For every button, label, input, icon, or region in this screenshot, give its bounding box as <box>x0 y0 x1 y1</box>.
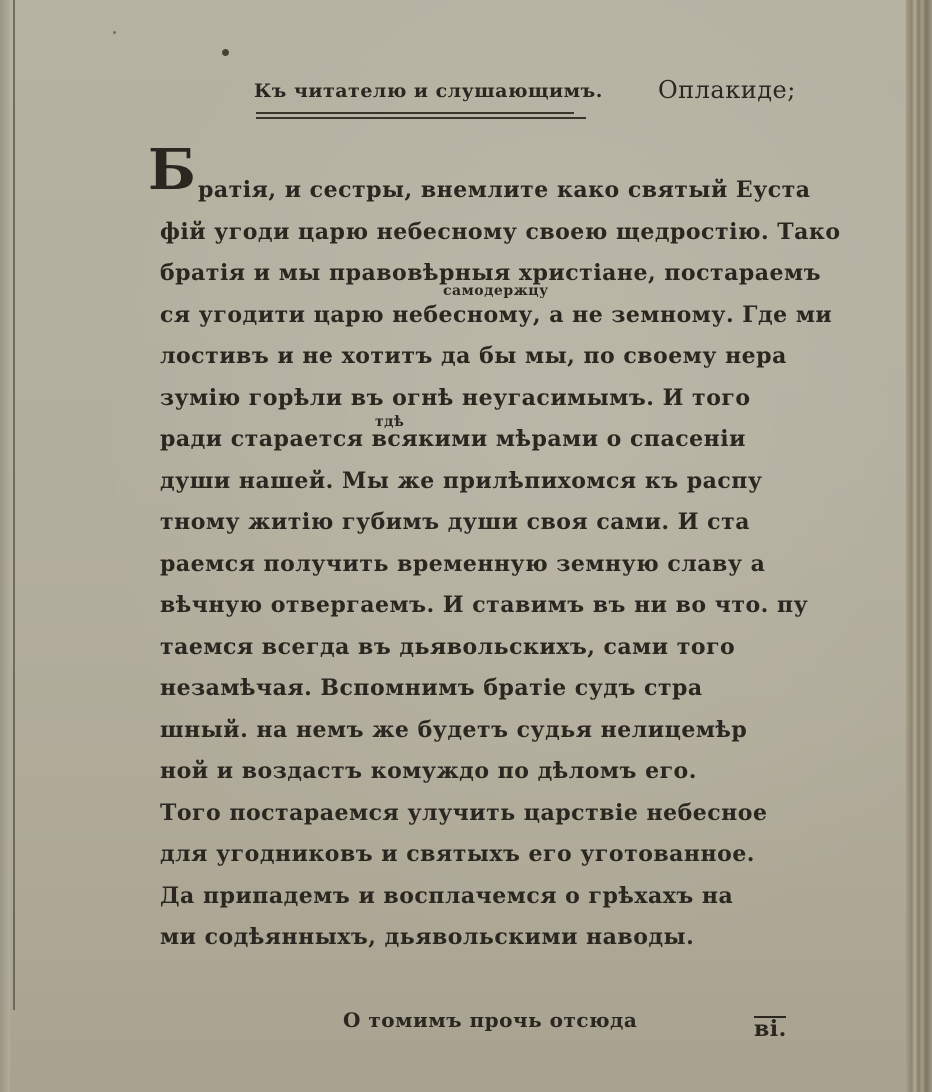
text-line: души нашей. Мы же прилѣпихомся къ распу <box>160 463 820 505</box>
text-line: незамѣчая. Вспомнимъ братіе судъ стра <box>160 670 820 712</box>
ink-speck <box>113 31 116 34</box>
text-line: фій угоди царю небесному своею щедростію… <box>160 214 820 256</box>
manuscript-page: Къ читателю и слушающимъ. Оплакиде; Б ра… <box>0 0 932 1092</box>
heading-underline-double <box>256 117 586 119</box>
text-line: ми содѣянныхъ, дьявольскими наводы. <box>160 919 820 961</box>
page-edge-stack <box>906 0 932 1092</box>
heading-underline <box>256 112 574 114</box>
text-line: ной и воздастъ комуждо по дѣломъ его. <box>160 753 820 795</box>
text-line: ся угодити царю небесному, а не земному.… <box>160 297 820 339</box>
heading-author: Оплакиде; <box>658 76 796 104</box>
text-line: тному житію губимъ души своя сами. И ста <box>160 504 820 546</box>
text-line: раемся получить временную земную славу а <box>160 546 820 588</box>
text-line: для угодниковъ и святыхъ его уготованное… <box>160 836 820 878</box>
folio-number: ві. <box>754 1016 787 1042</box>
binding-gutter <box>0 0 10 1092</box>
heading: Къ читателю и слушающимъ. Оплакиде; <box>254 80 854 120</box>
text-line: лостивъ и не хотитъ да бы мы, по своему … <box>160 338 820 380</box>
heading-title: Къ читателю и слушающимъ. <box>254 80 603 102</box>
interlinear-note: тдѣ <box>375 414 404 430</box>
ink-spot <box>222 49 229 56</box>
catchword-line: О томимъ прочь отсюда <box>343 1008 637 1032</box>
interlinear-note: самодержцу <box>443 283 549 299</box>
text-line: шный. на немъ же будетъ судья нелицемѣр <box>160 712 820 754</box>
text-line: ради старается всякими мѣрами о спасеніи <box>160 421 820 463</box>
gutter-fold-line <box>13 0 15 1010</box>
text-line: ратія, и сестры, внемлите како святый Еу… <box>160 172 820 214</box>
text-line: вѣчную отвергаемъ. И ставимъ въ ни во чт… <box>160 587 820 629</box>
text-line: таемся всегда въ дьявольскихъ, сами того <box>160 629 820 671</box>
text-line: Да припадемъ и восплачемся о грѣхахъ на <box>160 878 820 920</box>
text-line: Того постараемся улучить царствіе небесн… <box>160 795 820 837</box>
text-line: зумію горѣли въ огнѣ неугасимымъ. И того <box>160 380 820 422</box>
